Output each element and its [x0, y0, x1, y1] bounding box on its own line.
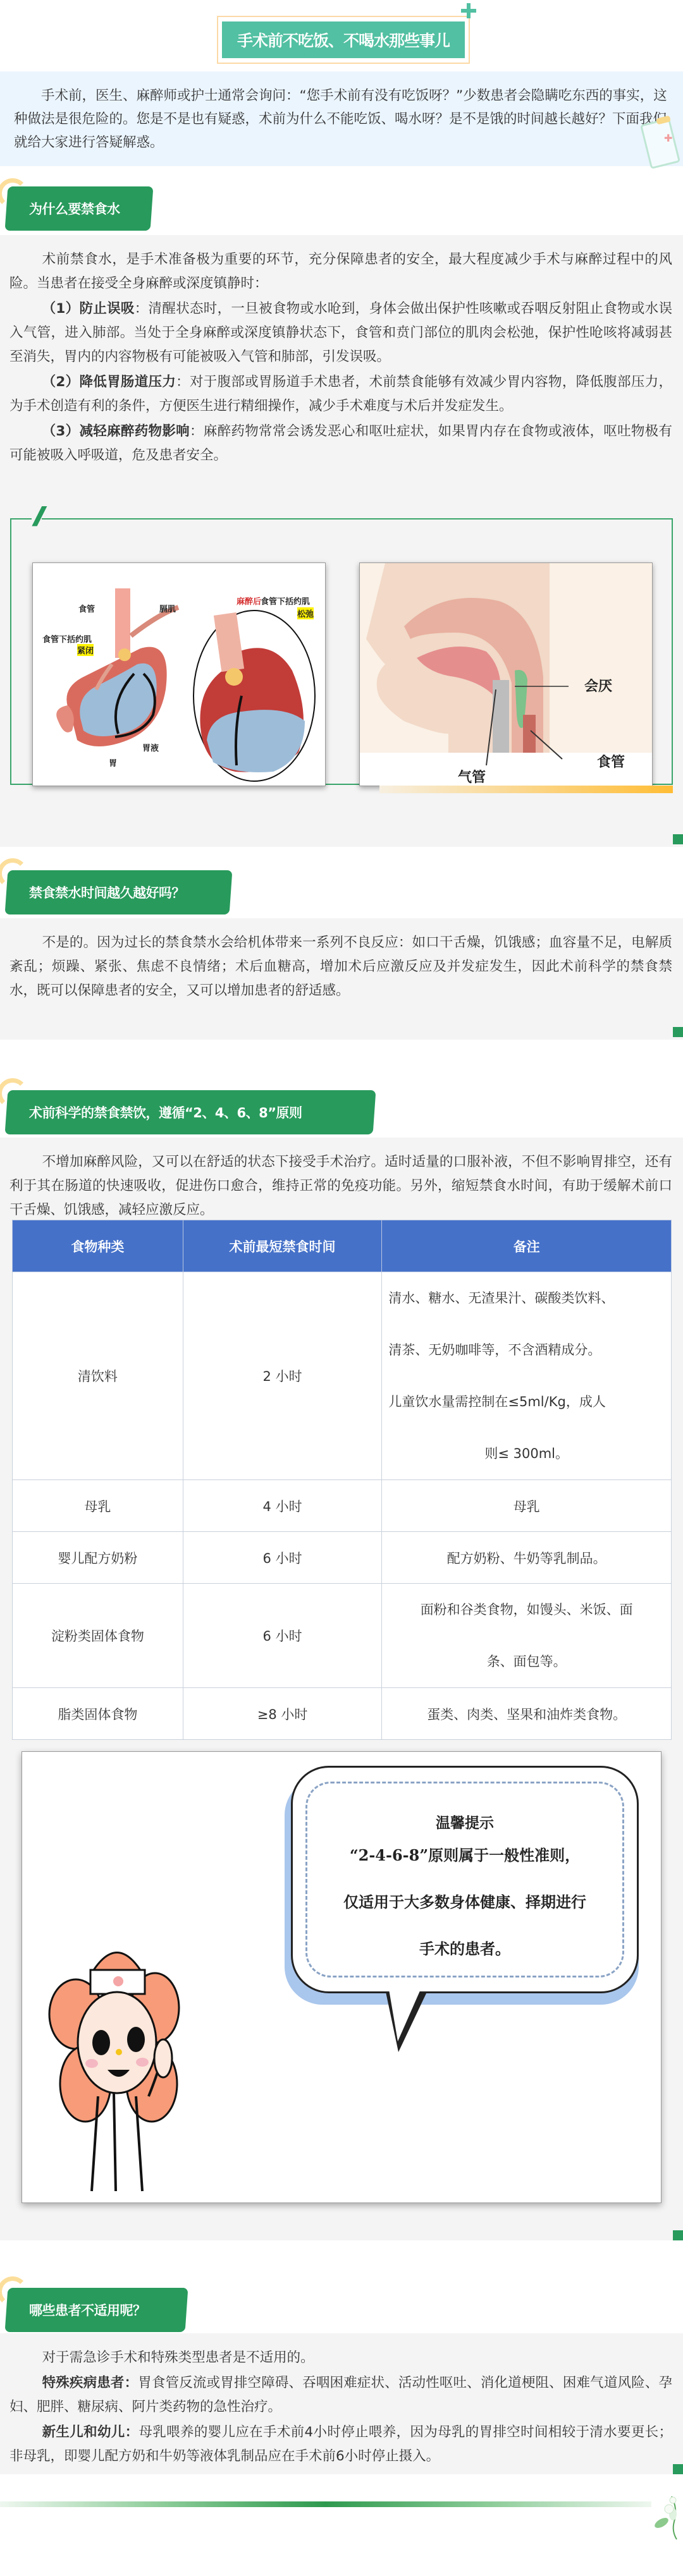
orange-accent-bar	[379, 786, 673, 793]
section-end-marker	[673, 2230, 683, 2240]
table-header-row: 食物种类 术前最短禁食时间 备注	[13, 1220, 672, 1272]
label-stomach: 胃	[109, 756, 117, 769]
section-heading-text: 哪些患者不适用呢？	[29, 2300, 146, 2319]
label-after-anesthesia: 麻醉后	[237, 595, 261, 607]
double-slash-icon: //	[32, 502, 42, 530]
section-heading-text: 为什么要禁食水	[29, 199, 120, 218]
paragraph: 术前禁食水，是手术准备极为重要的环节，充分保障患者的安全，最大程度减少手术与麻醉…	[9, 248, 672, 296]
cell-time: 2 小时	[183, 1272, 382, 1480]
table-row: 婴儿配方奶粉 6 小时 配方奶粉、牛奶等乳制品。	[13, 1532, 672, 1584]
section-heading-longer-better: 禁食禁水时间越久越好吗？	[5, 870, 233, 914]
section-heading-why-fast: 为什么要禁食水	[5, 186, 154, 231]
speech-bubble: 温馨提示 “2-4-6-8”原则属于一般性准则， 仅适用于大多数身体健康、择期进…	[291, 1766, 639, 1993]
table-row: 淀粉类固体食物 6 小时 面粉和谷类食物，如馒头、米饭、面 条、面包等。	[13, 1584, 672, 1688]
cell-time: 6 小时	[183, 1532, 382, 1584]
article-title: 手术前不吃饭、不喝水那些事儿	[222, 21, 465, 58]
nurse-mascot-icon	[47, 1938, 174, 2197]
cell-note: 蛋类、肉类、坚果和油炸类食物。	[382, 1688, 672, 1740]
column-header-notes: 备注	[382, 1220, 672, 1272]
table-row: 母乳 4 小时 母乳	[13, 1480, 672, 1532]
section-heading-not-applicable: 哪些患者不适用呢？	[5, 2288, 188, 2332]
cell-time: 4 小时	[183, 1480, 382, 1532]
paragraph: 对于需急诊手术和特殊类型患者是不适用的。	[9, 2346, 672, 2370]
paragraph-lead: （2）降低胃肠道压力	[42, 374, 176, 390]
cell-note: 配方奶粉、牛奶等乳制品。	[382, 1532, 672, 1584]
paragraph: 特殊疾病患者：胃食管反流或胃排空障碍、吞咽困难症状、活动性呕吐、消化道梗阻、困难…	[9, 2371, 672, 2419]
column-header-min-fasting-time: 术前最短禁食时间	[183, 1220, 382, 1272]
throat-illustration: 会厌 食管 气管	[359, 562, 653, 786]
paragraph-lead: 新生儿和幼儿：	[42, 2424, 139, 2440]
paragraph: 新生儿和幼儿：母乳喂养的婴儿应在手术前4小时停止喂养，因为母乳的胃排空时间相较于…	[9, 2421, 672, 2469]
paragraph-lead: （1）防止误吸	[42, 301, 135, 317]
cell-food: 淀粉类固体食物	[13, 1584, 183, 1688]
intro-text: 手术前，医生、麻醉师或护士通常会询问：“您手术前有没有吃饭呀？”少数患者会隐瞒吃…	[14, 84, 669, 154]
cell-food: 母乳	[13, 1480, 183, 1532]
tip-line: 仅适用于大多数身体健康、择期进行	[307, 1879, 622, 1926]
paragraph: （2）降低胃肠道压力：对于腹部或胃肠道手术患者，术前禁食能够有效减少胃内容物，降…	[9, 370, 672, 418]
section-heading-text: 禁食禁水时间越久越好吗？	[29, 883, 185, 902]
cell-time: ≥8 小时	[183, 1688, 382, 1740]
tip-line: 手术的患者。	[307, 1926, 622, 1972]
section-end-marker	[673, 1027, 683, 1037]
cell-time: 6 小时	[183, 1584, 382, 1688]
section-body-longer-better: 不是的。因为过长的禁食禁水会给机体带来一系列不良反应：如口干舌燥，饥饿感；血容量…	[0, 918, 683, 1040]
label-esophagus: 食管	[78, 602, 95, 614]
figure-frame: // 食管 膈肌 食管下括约肌 紧闭 麻醉后 食管下括约肌 松弛 胃液 胃	[10, 518, 673, 785]
stomach-illustration: 食管 膈肌 食管下括约肌 紧闭 麻醉后 食管下括约肌 松弛 胃液 胃	[32, 562, 326, 786]
plus-icon	[461, 3, 476, 18]
tip-line: “2-4-6-8”原则属于一般性准则，	[307, 1832, 622, 1879]
tip-card: 温馨提示 “2-4-6-8”原则属于一般性准则， 仅适用于大多数身体健康、择期进…	[22, 1751, 661, 2203]
table-row: 清饮料 2 小时 清水、糖水、无渣果汁、碳酸类饮料、 清茶、无奶咖啡等，不含酒精…	[13, 1272, 672, 1480]
section-end-marker	[673, 2464, 683, 2474]
clipboard-icon: ✚	[641, 116, 679, 166]
label-epiglottis: 会厌	[584, 676, 612, 695]
cell-food: 脂类固体食物	[13, 1688, 183, 1740]
cell-note: 母乳	[382, 1480, 672, 1532]
section-heading-text: 术前科学的禁食禁饮，遵循“2、4、6、8”原则	[29, 1103, 302, 1122]
label-diaphragm: 膈肌	[159, 602, 176, 614]
section-end-marker	[673, 834, 683, 844]
cell-note: 清水、糖水、无渣果汁、碳酸类饮料、 清茶、无奶咖啡等，不含酒精成分。 儿童饮水量…	[382, 1272, 672, 1480]
section-body-not-applicable: 对于需急诊手术和特殊类型患者是不适用的。 特殊疾病患者：胃食管反流或胃排空障碍、…	[0, 2333, 683, 2474]
fasting-time-table: 食物种类 术前最短禁食时间 备注 清饮料 2 小时 清水、糖水、无渣果汁、碳酸类…	[12, 1220, 672, 1740]
paragraph: 不是的。因为过长的禁食禁水会给机体带来一系列不良反应：如口干舌燥，饥饿感；血容量…	[9, 931, 672, 1003]
table-row: 脂类固体食物 ≥8 小时 蛋类、肉类、坚果和油炸类食物。	[13, 1688, 672, 1740]
section-heading-2468-rule: 术前科学的禁食禁饮，遵循“2、4、6、8”原则	[5, 1090, 376, 1134]
column-header-food-type: 食物种类	[13, 1220, 183, 1272]
label-gastric-juice: 胃液	[142, 741, 159, 753]
article-title-frame: 手术前不吃饭、不喝水那些事儿	[217, 16, 470, 64]
jasmine-flower-icon	[653, 2490, 680, 2541]
cell-note: 面粉和谷类食物，如馒头、米饭、面 条、面包等。	[382, 1584, 672, 1688]
label-les-after: 食管下括约肌	[261, 595, 310, 607]
paragraph-lead: 特殊疾病患者：	[42, 2375, 138, 2391]
paragraph-lead: （3）减轻麻醉药物影响	[42, 423, 190, 439]
paragraph: （1）防止误吸：清醒状态时，一旦被食物或水呛到，身体会做出保护性咳嗽或吞咽反射阻…	[9, 297, 672, 369]
footer-divider	[0, 2501, 651, 2507]
paragraph: 不增加麻醉风险，又可以在舒适的状态下接受手术治疗。适时适量的口服补液，不但不影响…	[9, 1150, 672, 1222]
cell-food: 清饮料	[13, 1272, 183, 1480]
cell-food: 婴儿配方奶粉	[13, 1532, 183, 1584]
paragraph: （3）减轻麻醉药物影响：麻醉药物常常会诱发恶心和呕吐症状，如果胃内存在食物或液体…	[9, 420, 672, 468]
tip-title: 温馨提示	[307, 1811, 622, 1832]
label-trachea: 气管	[458, 767, 486, 786]
label-les-relaxed: 松弛	[297, 607, 314, 619]
label-esophagus: 食管	[597, 751, 625, 771]
label-les-closed: 紧闭	[77, 644, 94, 656]
intro-panel: 手术前，医生、麻醉师或护士通常会询问：“您手术前有没有吃饭呀？”少数患者会隐瞒吃…	[0, 71, 683, 166]
label-les: 食管下括约肌	[42, 633, 92, 645]
